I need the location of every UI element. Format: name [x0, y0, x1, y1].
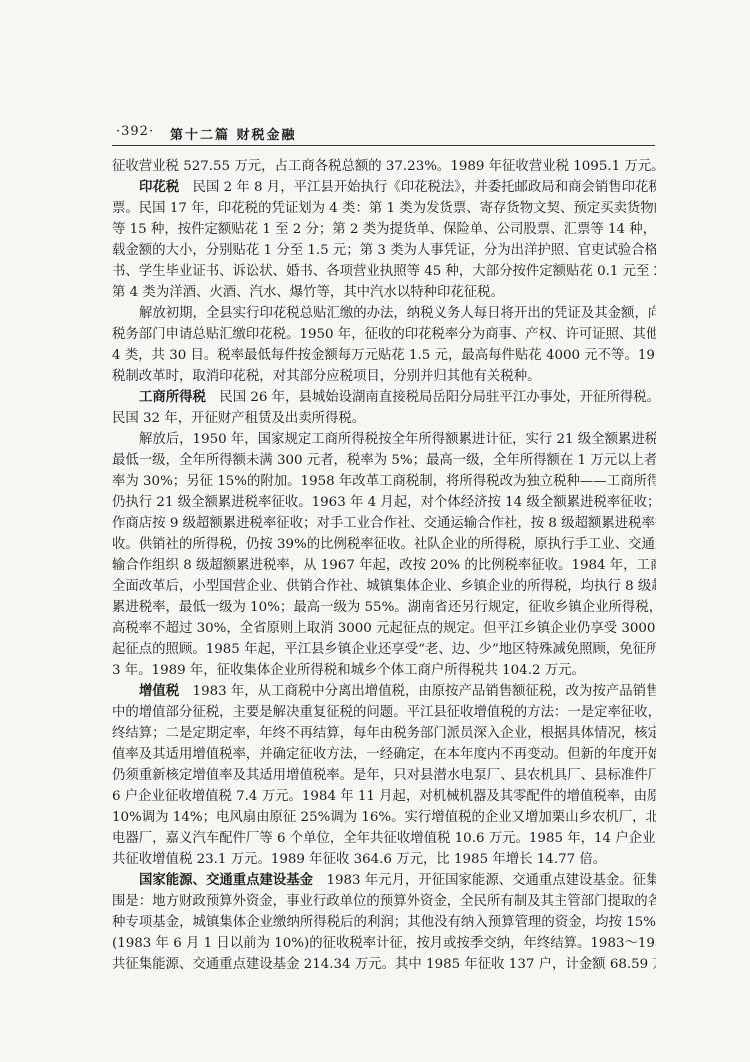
running-header: ·392· 第十二篇 财税金融 [112, 124, 654, 144]
text-line: 共征收增值税 23.1 万元。1989 年征收 364.6 万元，比 1985 … [112, 849, 656, 870]
line-text: (1983 年 6 月 1 日以前为 10%)的征收税率计征，按月或按季交纳，年… [112, 936, 656, 951]
line-text: 解放后，1950 年，国家规定工商所得税按全年所得额累进计征，实行 21 级全额… [139, 432, 656, 447]
text-line: 最低一级，全年所得额未满 300 元者，税率为 5%；最高一级，全年所得额在 1… [112, 450, 656, 471]
line-text: 民国 26 年，县城始设湖南直接税局岳阳分局驻平江办事处，开征所得税。 [206, 390, 656, 405]
text-line: 高税率不超过 30%，全省原则上取消 3000 元起征点的规定。但平江乡镇企业仍… [112, 618, 656, 639]
text-line: 全面改革后，小型国营企业、供销合作社、城镇集体企业、乡镇企业的所得税，均执行 8… [112, 576, 656, 597]
text-line: 载金额的大小，分别贴花 1 分至 1.5 元；第 3 类为人事凭证，分为出洋护照… [112, 240, 656, 261]
line-text: 等 15 种，按件定额贴花 1 至 2 分；第 2 类为提货单、保险单、公司股票… [112, 222, 656, 237]
section-term: 增值税 [139, 684, 179, 699]
line-text: 输合作组织 8 级超额累进税率，从 1967 年起，改按 20% 的比例税率征收… [112, 558, 656, 573]
section-term: 印花税 [139, 180, 179, 195]
line-text: 10%调为 14%；电风扇由原征 25%调为 16%。实行增值税的企业又增加栗山… [112, 810, 656, 825]
section-term: 国家能源、交通重点建设基金 [139, 873, 313, 888]
line-text: 民国 2 年 8 月，平江县开始执行《印花税法》，并委托邮政局和商会销售印花税 [179, 180, 656, 195]
line-text: 累进税率，最低一级为 10%；最高一级为 55%。湖南省还另行规定，征收乡镇企业… [112, 600, 656, 615]
text-line: 税务部门申请总贴汇缴印花税。1950 年，征收的印花税率分为商事、产权、许可证照… [112, 324, 656, 345]
text-line: 输合作组织 8 级超额累进税率，从 1967 年起，改按 20% 的比例税率征收… [112, 555, 656, 576]
section-heading-line: 工商所得税 民国 26 年，县城始设湖南直接税局岳阳分局驻平江办事处，开征所得税… [112, 387, 656, 408]
line-text: 作商店按 9 级超额累进税率征收；对手工业合作社、交通运输合作社，按 8 级超额… [112, 516, 656, 531]
text-line: 收。供销社的所得税，仍按 39%的比例税率征收。社队企业的所得税，原执行手工业、… [112, 534, 656, 555]
text-line: 累进税率，最低一级为 10%；最高一级为 55%。湖南省还另行规定，征收乡镇企业… [112, 597, 656, 618]
line-text: 共征集能源、交通重点建设基金 214.34 万元。其中 1985 年征收 137… [112, 957, 656, 972]
text-line: 中的增值部分征税，主要是解决重复征税的问题。平江县征收增值税的方法：一是定率征收… [112, 702, 656, 723]
section-heading-line: 国家能源、交通重点建设基金 1983 年元月，开征国家能源、交通重点建设基金。征… [112, 870, 656, 891]
line-text: 载金额的大小，分别贴花 1 分至 1.5 元；第 3 类为人事凭证，分为出洋护照… [112, 243, 656, 258]
line-text: 6 户企业征收增值税 7.4 万元。1984 年 11 月起，对机械机器及其零配… [112, 789, 656, 804]
line-text: 率为 30%；另征 15%的附加。1958 年改革工商税制，将所得税改为独立税种… [112, 474, 656, 489]
line-text: 票。民国 17 年，印花税的凭证划为 4 类：第 1 类为发货票、寄存货物文契、… [112, 201, 656, 216]
text-line: 率为 30%；另征 15%的附加。1958 年改革工商税制，将所得税改为独立税种… [112, 471, 656, 492]
text-line: 电器厂，嘉义汽车配件厂等 6 个单位，全年共征收增值税 10.6 万元。1985… [112, 828, 656, 849]
text-line: 作商店按 9 级超额累进税率征收；对手工业合作社、交通运输合作社，按 8 级超额… [112, 513, 656, 534]
line-text: 民国 32 年，开征财产租赁及出卖所得税。 [112, 411, 365, 426]
body-text: 征收营业税 527.55 万元，占工商各税总额的 37.23%。1989 年征收… [112, 156, 656, 975]
line-text: 电器厂，嘉义汽车配件厂等 6 个单位，全年共征收增值税 10.6 万元。1985… [112, 831, 656, 846]
line-text: 1983 年元月，开征国家能源、交通重点建设基金。征集范 [313, 873, 656, 888]
text-line: 书、学生毕业证书、诉讼状、婚书、各项营业执照等 45 种，大部分按件定额贴花 0… [112, 261, 656, 282]
line-text: 仍须重新核定增值率及其适用增值税率。是年，只对县潜水电泵厂、县农机具厂、县标准件… [112, 768, 656, 783]
section-heading-line: 印花税 民国 2 年 8 月，平江县开始执行《印花税法》，并委托邮政局和商会销售… [112, 177, 656, 198]
line-text: 3 年。1989 年，征收集体企业所得税和城乡个体工商户所得税共 104.2 万… [112, 663, 585, 678]
text-line: 10%调为 14%；电风扇由原征 25%调为 16%。实行增值税的企业又增加栗山… [112, 807, 656, 828]
line-text: 税制改革时，取消印花税，对其部分应税项目，分别并归其他有关税种。 [112, 369, 541, 384]
line-text: 终结算；二是定期定率，年终不再结算，每年由税务部门派员深入企业，根据具体情况，核… [112, 726, 656, 741]
text-line: 税制改革时，取消印花税，对其部分应税项目，分别并归其他有关税种。 [112, 366, 656, 387]
text-line: 4 类，共 30 目。税率最低每件按金额每万元贴花 1.5 元，最高每件贴花 4… [112, 345, 656, 366]
line-text: 1983 年，从工商税中分离出增值税，由原按产品销售额征税，改为按产品销售额 [179, 684, 656, 699]
line-text: 第 4 类为洋酒、火酒、汽水、爆竹等，其中汽水以特种印花征税。 [112, 285, 504, 300]
line-text: 征收营业税 527.55 万元，占工商各税总额的 37.23%。1989 年征收… [112, 159, 656, 174]
line-text: 高税率不超过 30%，全省原则上取消 3000 元起征点的规定。但平江乡镇企业仍… [112, 621, 656, 636]
line-text: 4 类，共 30 目。税率最低每件按金额每万元贴花 1.5 元，最高每件贴花 4… [112, 348, 656, 363]
text-line: 值率及其适用增值税率，并确定征收方法，一经确定，在本年度内不再变动。但新的年度开… [112, 744, 656, 765]
text-line: 种专项基金，城镇集体企业缴纳所得税后的利润；其他没有纳入预算管理的资金，均按 1… [112, 912, 656, 933]
line-text: 起征点的照顾。1985 年起，平江县乡镇企业还享受“老、边、少”地区特殊减免照顾… [112, 642, 656, 657]
text-line: 共征集能源、交通重点建设基金 214.34 万元。其中 1985 年征收 137… [112, 954, 656, 975]
line-text: 值率及其适用增值税率，并确定征收方法，一经确定，在本年度内不再变动。但新的年度开… [112, 747, 656, 762]
chapter-title: 第十二篇 财税金融 [170, 124, 297, 143]
line-text: 收。供销社的所得税，仍按 39%的比例税率征收。社队企业的所得税，原执行手工业、… [112, 537, 656, 552]
line-text: 围是：地方财政预算外资金，事业行政单位的预算外资金，全民所有制及其主管部门提取的… [112, 894, 656, 909]
text-line: 围是：地方财政预算外资金，事业行政单位的预算外资金，全民所有制及其主管部门提取的… [112, 891, 656, 912]
section-heading-line: 增值税 1983 年，从工商税中分离出增值税，由原按产品销售额征税，改为按产品销… [112, 681, 656, 702]
line-text: 种专项基金，城镇集体企业缴纳所得税后的利润；其他没有纳入预算管理的资金，均按 1… [112, 915, 656, 930]
text-line: 仍须重新核定增值率及其适用增值税率。是年，只对县潜水电泵厂、县农机具厂、县标准件… [112, 765, 656, 786]
line-text: 解放初期，全县实行印花税总贴汇缴的办法，纳税义务人每日将开出的凭证及其金额，向 [139, 306, 656, 321]
text-line: 解放初期，全县实行印花税总贴汇缴的办法，纳税义务人每日将开出的凭证及其金额，向 [112, 303, 656, 324]
text-line: 解放后，1950 年，国家规定工商所得税按全年所得额累进计征，实行 21 级全额… [112, 429, 656, 450]
line-text: 全面改革后，小型国营企业、供销合作社、城镇集体企业、乡镇企业的所得税，均执行 8… [112, 579, 656, 594]
line-text: 共征收增值税 23.1 万元。1989 年征收 364.6 万元，比 1985 … [112, 852, 606, 867]
text-line: 6 户企业征收增值税 7.4 万元。1984 年 11 月起，对机械机器及其零配… [112, 786, 656, 807]
line-text: 最低一级，全年所得额未满 300 元者，税率为 5%；最高一级，全年所得额在 1… [112, 453, 656, 468]
text-line: 第 4 类为洋酒、火酒、汽水、爆竹等，其中汽水以特种印花征税。 [112, 282, 656, 303]
section-term: 工商所得税 [139, 390, 206, 405]
text-line: 民国 32 年，开征财产租赁及出卖所得税。 [112, 408, 656, 429]
text-line: 终结算；二是定期定率，年终不再结算，每年由税务部门派员深入企业，根据具体情况，核… [112, 723, 656, 744]
line-text: 中的增值部分征税，主要是解决重复征税的问题。平江县征收增值税的方法：一是定率征收… [112, 705, 656, 720]
page-number: ·392· [116, 124, 154, 139]
text-line: 起征点的照顾。1985 年起，平江县乡镇企业还享受“老、边、少”地区特殊减免照顾… [112, 639, 656, 660]
line-text: 书、学生毕业证书、诉讼状、婚书、各项营业执照等 45 种，大部分按件定额贴花 0… [112, 264, 656, 279]
text-line: 仍执行 21 级全额累进税率征收。1963 年 4 月起，对个体经济按 14 级… [112, 492, 656, 513]
text-line: 征收营业税 527.55 万元，占工商各税总额的 37.23%。1989 年征收… [112, 156, 656, 177]
line-text: 仍执行 21 级全额累进税率征收。1963 年 4 月起，对个体经济按 14 级… [112, 495, 656, 510]
header-rule [112, 145, 655, 146]
text-line: 票。民国 17 年，印花税的凭证划为 4 类：第 1 类为发货票、寄存货物文契、… [112, 198, 656, 219]
text-line: 等 15 种，按件定额贴花 1 至 2 分；第 2 类为提货单、保险单、公司股票… [112, 219, 656, 240]
text-line: (1983 年 6 月 1 日以前为 10%)的征收税率计征，按月或按季交纳，年… [112, 933, 656, 954]
text-line: 3 年。1989 年，征收集体企业所得税和城乡个体工商户所得税共 104.2 万… [112, 660, 656, 681]
line-text: 税务部门申请总贴汇缴印花税。1950 年，征收的印花税率分为商事、产权、许可证照… [112, 327, 656, 342]
